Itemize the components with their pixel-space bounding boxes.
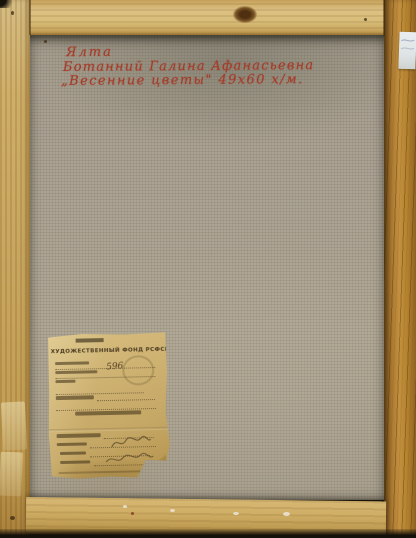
wood-knot [233, 6, 257, 23]
inscription-line-title-size: „Весенние цветы" 49х60 х/м. [61, 72, 304, 89]
label-form-line [56, 402, 156, 411]
paint-speck [283, 512, 290, 516]
canvas-stain [218, 154, 368, 274]
frame-joint-seam [29, 0, 31, 35]
nail-mark [10, 516, 15, 520]
nail-mark [364, 18, 367, 21]
nail-mark [44, 40, 47, 43]
label-printed-text [55, 380, 75, 383]
sticker-scribble [398, 32, 416, 70]
tape-residue [0, 452, 23, 497]
background-shadow [0, 529, 416, 538]
label-heading: ХУДОЖЕСТВЕННЫЙ ФОНД РСФСР [51, 346, 163, 355]
label-printed-text [57, 442, 87, 446]
inventory-sticker [398, 32, 416, 70]
frame-joint-seam [383, 0, 385, 36]
art-fund-label: ХУДОЖЕСТВЕННЫЙ ФОНД РСФСР 596 [45, 331, 170, 480]
red-paint-speck [131, 512, 134, 515]
stretcher-bar-top [28, 0, 386, 35]
inscription-line-city: Ялта [66, 45, 113, 60]
label-printed-text [60, 460, 90, 464]
label-signature-scribble [110, 434, 152, 451]
label-form-line [97, 393, 155, 401]
paint-speck [170, 509, 175, 512]
label-printed-text [56, 395, 94, 400]
stretcher-bar-right [384, 0, 416, 538]
paint-speck [123, 505, 127, 508]
background-shadow [0, 0, 12, 8]
label-top-mark [76, 338, 104, 343]
label-printed-text [57, 433, 101, 438]
paint-speck [233, 512, 239, 515]
label-printed-text [75, 410, 141, 415]
tape-residue [1, 401, 27, 450]
label-printed-text [60, 451, 86, 455]
nail-mark [11, 11, 14, 15]
painting-back-photo: Ялта Ботанний Галина Афанасьевна „Весенн… [0, 0, 416, 538]
